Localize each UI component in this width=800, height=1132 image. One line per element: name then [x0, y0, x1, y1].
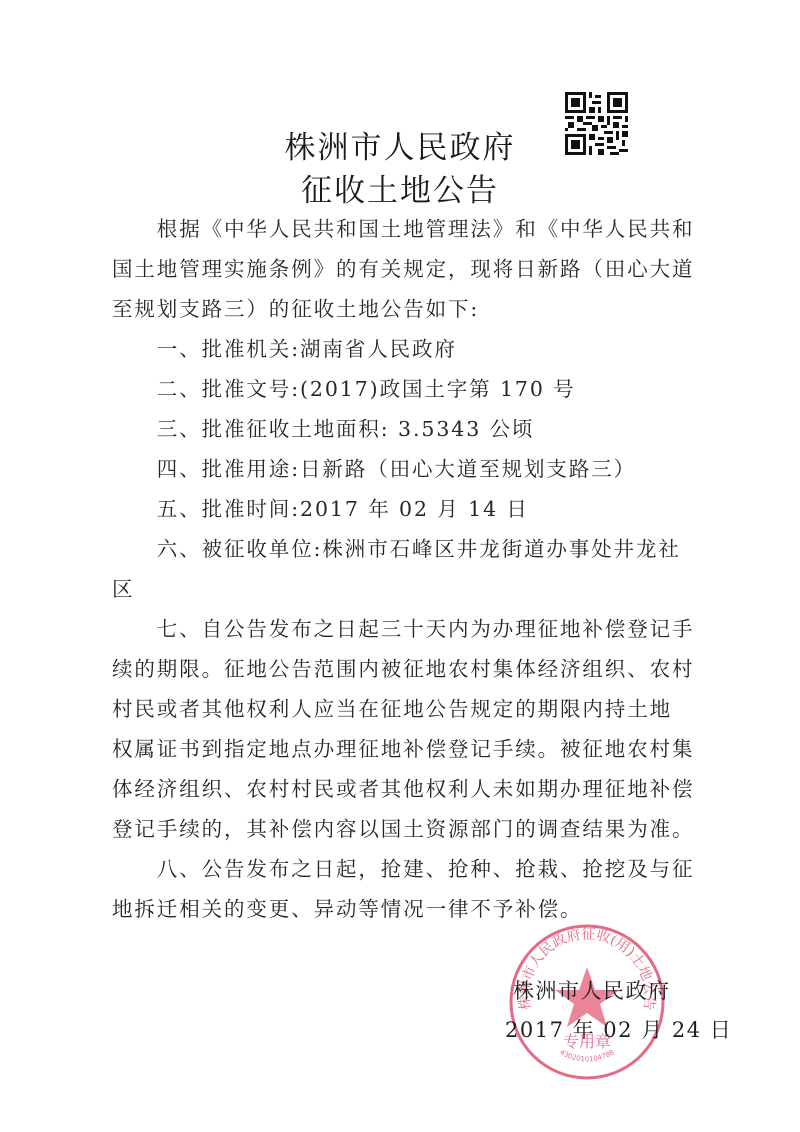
item-no-compensation: 八、公告发布之日起，抢建、抢种、抢栽、抢挖及与征 [112, 852, 694, 882]
item-approved-use: 四、批准用途:日新路（田心大道至规划支路三） [112, 452, 636, 482]
item-approval-authority: 一、批准机关:湖南省人民政府 [112, 332, 457, 362]
item-expropriated-unit: 六、被征收单位:株洲市石峰区井龙街道办事处井龙社 [112, 532, 681, 562]
body-line: 至规划支路三）的征收土地公告如下: [112, 292, 479, 322]
body-line: 村民或者其他权利人应当在征地公告规定的期限内持土地 [112, 692, 672, 722]
item-approval-date: 五、批准时间:2017 年 02 月 14 日 [112, 492, 529, 522]
body-line: 国土地管理实施条例》的有关规定，现将日新路（田心大道 [112, 252, 694, 282]
body-line: 地拆迁相关的变更、异动等情况一律不予补偿。 [112, 892, 582, 922]
issuer-signature: 株洲市人民政府 [513, 975, 671, 1005]
item-approval-document-number: 二、批准文号:(2017)政国土字第 170 号 [112, 372, 576, 402]
body-line: 登记手续的，其补偿内容以国土资源部门的调查结果为准。 [112, 812, 694, 842]
document-title-line1: 株洲市人民政府 [0, 122, 800, 167]
item-approved-area: 三、批准征收土地面积: 3.5343 公顷 [112, 412, 534, 442]
body-line: 根据《中华人民共和国土地管理法》和《中华人民共和 [112, 212, 694, 242]
body-line: 区 [112, 572, 134, 602]
document-title-line2: 征收土地公告 [0, 165, 800, 210]
body-line: 权属证书到指定地点办理征地补偿登记手续。被征地农村集 [112, 732, 694, 762]
body-line: 续的期限。征地公告范围内被征地农村集体经济组织、农村 [112, 652, 694, 682]
body-line: 体经济组织、农村村民或者其他权利人未如期办理征地补偿 [112, 772, 694, 802]
item-registration-period: 七、自公告发布之日起三十天内为办理征地补偿登记手 [112, 612, 694, 642]
issue-date: 2017 年 02 月 24 日 [505, 1014, 732, 1044]
